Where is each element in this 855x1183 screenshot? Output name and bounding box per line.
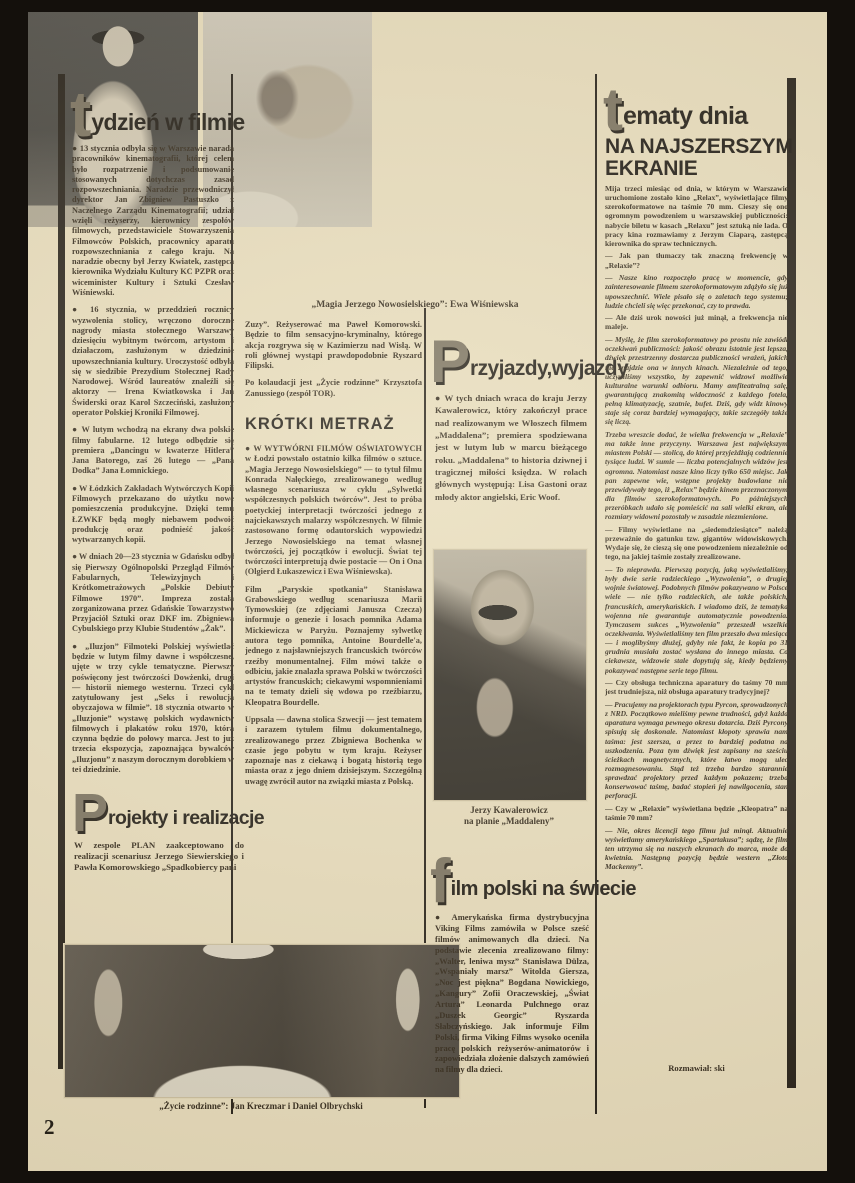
- section-title: ydzień w filmie: [91, 109, 244, 140]
- interview-question: — Filmy wyświetlane na „siedemdziesiątce…: [605, 525, 788, 562]
- column-rule-3: [595, 74, 597, 1114]
- column-krotki-metraz: Zuzy”. Reżyserować ma Paweł Komorowski. …: [245, 320, 422, 1108]
- article-headline: NA NAJSZERSZYM EKRANIE: [605, 136, 815, 181]
- interview-signoff: Rozmawiał: ski: [605, 1063, 788, 1073]
- photo-jerzy-kawalerowicz: [433, 549, 587, 801]
- news-item: Uppsala — dawna stolica Szwecji — jest t…: [245, 715, 422, 787]
- drop-initial: t: [603, 87, 623, 134]
- interview-question: — Ale dziś urok nowości już minął, a fre…: [605, 313, 788, 331]
- news-item: ● W lutym wchodzą na ekrany dwa polskie …: [72, 425, 234, 476]
- interview-question: — Jak pan tłumaczy tak znaczną frekwencj…: [605, 251, 788, 269]
- interview-answer: Trzeba wreszcie dodać, że wielka frekwen…: [605, 430, 788, 521]
- column-film-polski: ● Amerykańska firma dystrybucyjna Viking…: [435, 912, 589, 1110]
- news-item: ● W dniach 20—23 stycznia w Gdańsku odby…: [72, 552, 234, 634]
- interview-intro: Mija trzeci miesiąc od dnia, w którym w …: [605, 184, 788, 248]
- section-header-tematy-dnia: t ematy dnia: [603, 64, 748, 134]
- article-continuation: Po kolaudacji jest „Życie rodzinne” Krzy…: [245, 378, 422, 399]
- article-continuation: Zuzy”. Reżyserować ma Paweł Komorowski. …: [245, 320, 422, 371]
- section-header-projekty-i-realizacje: P rojekty i realizacje: [72, 770, 264, 834]
- drop-initial: P: [72, 792, 108, 834]
- interview-answer: — Pracujemy na projektorach typu Pyrcon,…: [605, 700, 788, 801]
- drop-initial: t: [70, 90, 91, 140]
- news-item: Film „Paryskie spotkania” Stanisława Gra…: [245, 585, 422, 708]
- news-item: ● Amerykańska firma dystrybucyjna Viking…: [435, 912, 589, 1075]
- news-item: ● W WYTWÓRNI FILMÓW OŚWIATOWYCH w Łodzi …: [245, 444, 422, 578]
- interview-answer: — Nasze kino rozpoczęło pracę w momencie…: [605, 273, 788, 310]
- section-header-tydzien-w-filmie: t ydzień w filmie: [70, 68, 245, 140]
- section-header-przyjazdy-wyjazdy: P rzyjazdy,wyjazdy: [430, 310, 628, 386]
- magazine-page-scan: t ydzień w filmie ● 13 stycznia odbyła s…: [0, 0, 855, 1183]
- caption-kawalerowicz: Jerzy Kawalerowicz na planie „Maddaleny”: [427, 805, 591, 828]
- section-title: ematy dnia: [623, 102, 748, 134]
- column-interview: Mija trzeci miesiąc od dnia, w którym w …: [605, 184, 788, 1060]
- news-item: ● 16 stycznia, w przeddzień rocznicy wyz…: [72, 305, 234, 418]
- page-number: 2: [44, 1115, 55, 1140]
- news-item: W zespole PLAN zaakceptowano do realizac…: [74, 840, 244, 873]
- column-projekty: W zespole PLAN zaakceptowano do realizac…: [74, 840, 244, 940]
- section-title: rojekty i realizacje: [108, 807, 264, 834]
- right-thick-rule: [787, 78, 796, 1088]
- news-item: ● „Iluzjon” Filmoteki Polskiej wyświetla…: [72, 642, 234, 772]
- column-przyjazdy: ● W tych dniach wraca do kraju Jerzy Kaw…: [435, 392, 587, 544]
- column-tydzien: ● 13 stycznia odbyła się w Warszawie nar…: [72, 144, 234, 772]
- interview-answer: — To nieprawda. Pierwszą pozycją, jaką w…: [605, 565, 788, 675]
- drop-initial: f: [430, 858, 451, 906]
- news-item: ● W tych dniach wraca do kraju Jerzy Kaw…: [435, 392, 587, 503]
- news-item: ● W Łódzkich Zakładach Wytwórczych Kopii…: [72, 484, 234, 546]
- interview-answer: — Myślę, że film szerokoformatowy po pro…: [605, 335, 788, 426]
- interview-question: — Czy w „Relaxie” wyświetlana będzie „Kl…: [605, 804, 788, 822]
- paper-sheet: t ydzień w filmie ● 13 stycznia odbyła s…: [28, 12, 827, 1171]
- section-header-krotki-metraz: KRÓTKI METRAŻ: [245, 415, 422, 434]
- interview-question: — Czy obsługa techniczna aparatury do ta…: [605, 678, 788, 696]
- drop-initial: P: [430, 339, 470, 386]
- left-thick-rule: [58, 74, 65, 1069]
- interview-answer: — Nie, okres licencji tego filmu już min…: [605, 826, 788, 872]
- news-item: ● 13 stycznia odbyła się w Warszawie nar…: [72, 144, 234, 298]
